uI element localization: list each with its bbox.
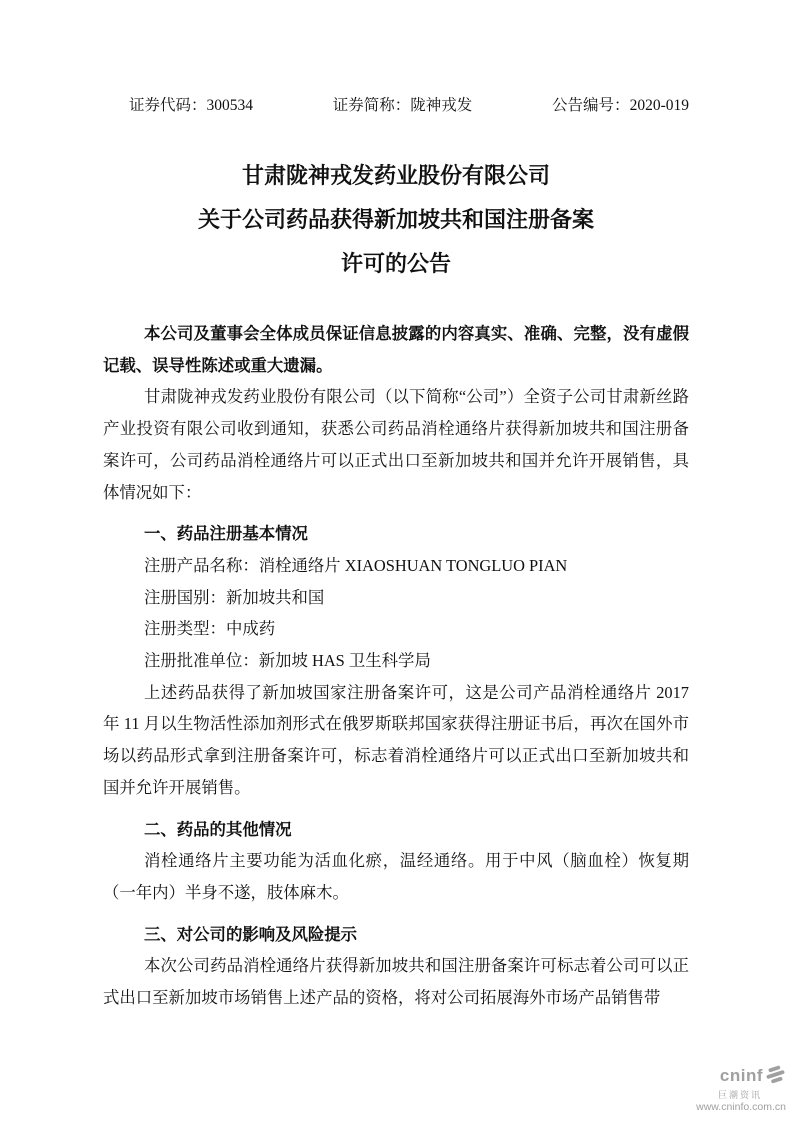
- disclaimer-paragraph: 本公司及董事会全体成员保证信息披露的内容真实、准确、完整，没有虚假记载、误导性陈…: [103, 318, 689, 381]
- intro-paragraph: 甘肃陇神戎发药业股份有限公司（以下简称“公司”）全资子公司甘肃新丝路产业投资有限…: [103, 381, 689, 508]
- section-other-info: 二、药品的其他情况 消栓通络片主要功能为活血化瘀，温经通络。用于中风（脑血栓）恢…: [103, 814, 689, 909]
- cninfo-watermark: cninf 巨潮资讯 www.cninfo.com.cn: [669, 1064, 789, 1114]
- section-3-heading: 三、对公司的影响及风险提示: [103, 919, 689, 951]
- section-1-heading: 一、药品注册基本情况: [103, 518, 689, 550]
- document-header: 证券代码：300534 证券简称：陇神戎发 公告编号：2020-019: [103, 96, 689, 116]
- document-content: 证券代码：300534 证券简称：陇神戎发 公告编号：2020-019 甘肃陇神…: [0, 0, 793, 1014]
- stock-code: 证券代码：300534: [129, 96, 253, 116]
- title-line-1: 甘肃陇神戎发药业股份有限公司: [103, 154, 689, 198]
- announcement-number: 公告编号：2020-019: [552, 96, 689, 116]
- section-2-heading: 二、药品的其他情况: [103, 814, 689, 846]
- registration-item-type: 注册类型：中成药: [103, 613, 689, 645]
- stock-short-name-value: 陇神戎发: [410, 97, 472, 114]
- announcement-number-label: 公告编号：: [552, 97, 630, 114]
- cninfo-brand-text: cninf: [720, 1067, 763, 1086]
- announcement-document-page: 证券代码：300534 证券简称：陇神戎发 公告编号：2020-019 甘肃陇神…: [0, 0, 793, 1122]
- stock-code-label: 证券代码：: [129, 97, 207, 114]
- stock-short-name-label: 证券简称：: [333, 97, 411, 114]
- cninfo-chinese-name: 巨潮资讯: [718, 1091, 762, 1101]
- cninfo-url: www.cninfo.com.cn: [696, 1102, 786, 1114]
- cninfo-swirl-logo-icon: [765, 1064, 786, 1090]
- title-line-2: 关于公司药品获得新加坡共和国注册备案: [103, 198, 689, 242]
- stock-code-value: 300534: [207, 97, 254, 114]
- stock-short-name: 证券简称：陇神戎发: [333, 96, 473, 116]
- document-title: 甘肃陇神戎发药业股份有限公司 关于公司药品获得新加坡共和国注册备案 许可的公告: [103, 154, 689, 286]
- section-2-paragraph: 消栓通络片主要功能为活血化瘀，温经通络。用于中风（脑血栓）恢复期（一年内）半身不…: [103, 845, 689, 908]
- section-3-paragraph: 本次公司药品消栓通络片获得新加坡共和国注册备案许可标志着公司可以正式出口至新加坡…: [103, 950, 689, 1013]
- cninfo-brand-row: cninf: [720, 1064, 786, 1090]
- registration-item-authority: 注册批准单位：新加坡 HAS 卫生科学局: [103, 645, 689, 677]
- section-1-paragraph: 上述药品获得了新加坡国家注册备案许可，这是公司产品消栓通络片 2017 年 11…: [103, 677, 689, 804]
- registration-item-product-name: 注册产品名称：消栓通络片 XIAOSHUAN TONGLUO PIAN: [103, 550, 689, 582]
- title-line-3: 许可的公告: [103, 242, 689, 286]
- announcement-number-value: 2020-019: [630, 97, 689, 114]
- section-registration: 一、药品注册基本情况 注册产品名称：消栓通络片 XIAOSHUAN TONGLU…: [103, 518, 689, 803]
- registration-item-country: 注册国别：新加坡共和国: [103, 582, 689, 614]
- section-impact-risk: 三、对公司的影响及风险提示 本次公司药品消栓通络片获得新加坡共和国注册备案许可标…: [103, 919, 689, 1014]
